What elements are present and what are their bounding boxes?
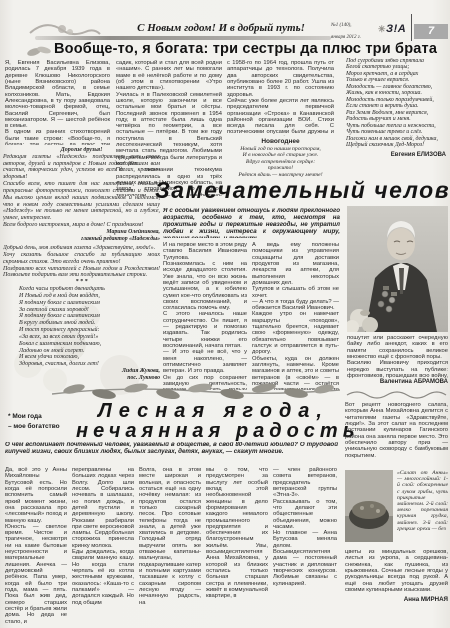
person-article-lede: Я с особым уважением отношусь к людям пр… <box>163 208 340 238</box>
branch-divider-icon <box>52 380 340 402</box>
newspaper-page: С Новым годом! И в добрый путь! №1 (140)… <box>0 0 450 628</box>
letter-2-text: Добрый день, моя любимая газета «Здравст… <box>3 245 160 279</box>
person-article-column-1: И на первое место в этом ряду ставлю Вас… <box>163 242 247 390</box>
salad-photo <box>345 470 393 542</box>
novogodnee-subhead: Новогоднее <box>227 138 334 145</box>
recipe-sidebar-recipe: «Салат от Анны» — многослойный: 1-й слой… <box>397 470 448 544</box>
berry-rubric-line-2: – мое богатство <box>8 422 78 432</box>
letters-column: Дорогие друзья! Редакция газеты «Надежда… <box>3 147 160 394</box>
letter-1-text: Редакция газеты «Надежда» поздравляет вс… <box>3 154 160 229</box>
family-article-headline: Вообще-то, я богата: три сестры да плюс … <box>54 41 437 57</box>
person-article-signature: Валентина АБРАМОВА <box>347 379 448 385</box>
issue-date: января 2012 г. <box>331 35 361 40</box>
berry-rubric-line-1: * Мои года <box>8 412 78 422</box>
family-article-poem: Под сугробами зябко спрятала Белой скате… <box>338 58 450 150</box>
berry-article-column-5: — член районного совета ветеранов, предс… <box>273 467 337 624</box>
person-article-headline: Замечательный человек <box>155 177 450 204</box>
person-article-column-3: пошутит или расскажет очередную байку ли… <box>347 335 448 379</box>
letter-2-poem: Когда часы пробьют двенадцать И Новый го… <box>3 286 160 368</box>
masthead-motto: С Новым годом! И в добрый путь! <box>112 22 330 34</box>
family-article-column-1: Я, Евгения Васильевна Елизова, родилась … <box>5 60 110 145</box>
snowflake-icon: ✳ <box>378 24 386 34</box>
family-article-column-3: с 1958-го по 1964 год, прошла путь от ап… <box>227 60 334 136</box>
berry-article-column-2: переправлены на больших лодках через Вол… <box>72 467 134 624</box>
stars-separator: * * * <box>3 279 160 286</box>
berry-article-column-4: мы о том, что предусмотрен за выслугу ле… <box>206 467 268 624</box>
person-article-column-2: А ведь ему положены помощники из управле… <box>252 242 339 390</box>
leaf-ornament-icon <box>26 44 52 58</box>
berry-article-column-3: Волга, она в этом месте широкая и вольна… <box>139 467 201 624</box>
newspaper-logo: ✳З!А <box>378 23 406 35</box>
recipe-sidebar-end: цветы из миндальных орешков, листья из у… <box>345 549 448 593</box>
berry-rubric: * Мои года – мое богатство <box>8 412 78 432</box>
letter-1-signature: Марина Олейникова, главный редактор «Над… <box>3 229 160 242</box>
berry-article-signature: Анна МИРНАЯ <box>345 596 448 603</box>
logo-text: З!А <box>386 23 406 35</box>
veteran-photo <box>347 206 448 332</box>
issue-info: №1 (140), января 2012 г. <box>331 23 377 41</box>
family-poem-signature: Евгения ЕЛИЗОВА <box>338 152 446 158</box>
berry-article-lede: О чём вспоминает почтенный человек, уваж… <box>5 442 338 464</box>
header-divider <box>411 14 412 41</box>
recipe-sidebar-intro: Вот рецепт новогоднего салата, которым А… <box>345 402 448 466</box>
berry-article-column-1: Да, всё это у Анны Михайловны Бутусовой … <box>5 467 67 624</box>
page-number: 7 <box>414 24 448 39</box>
berry-headline-line-2: нечаянная радость <box>76 420 360 443</box>
issue-number: №1 (140), <box>331 23 352 28</box>
header-rule <box>35 36 331 40</box>
squiggle-divider-icon <box>345 389 448 399</box>
letter-1-title: Дорогие друзья! <box>3 147 160 154</box>
